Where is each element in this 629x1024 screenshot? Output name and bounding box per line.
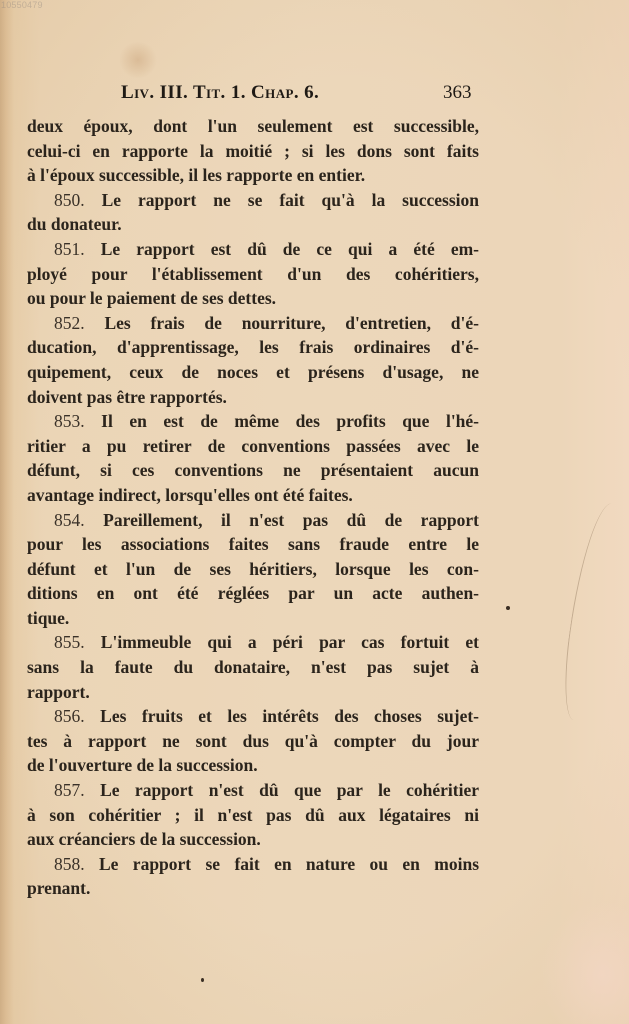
article-number: 858.	[54, 854, 85, 874]
text-line: Les frais de nourriture, d'entretien, d'…	[104, 313, 479, 333]
text-line: défunt et l'un de ses héritiers, lorsque…	[27, 557, 479, 582]
article-853-line-1: 853. Il en est de même des profits que l…	[27, 409, 479, 434]
text-line: Le rapport n'est dû que par le cohéritie…	[100, 780, 479, 800]
text-line: ditions en ont été réglées par un acte a…	[27, 581, 479, 606]
text-line: ou pour le paiement de ses dettes.	[27, 286, 479, 311]
article-857-line-1: 857. Le rapport n'est dû que par le cohé…	[27, 778, 479, 803]
text-line: défunt, si ces conventions ne présentaie…	[27, 458, 479, 483]
article-number: 855.	[54, 632, 85, 652]
text-line: Les fruits et les intérêts des choses su…	[100, 706, 479, 726]
running-head: Liv. III. Tit. 1. Chap. 6. 363	[121, 82, 481, 108]
text-line: Le rapport est dû de ce qui a été em-	[101, 239, 479, 259]
body-text: deux époux, dont l'un seulement est succ…	[27, 114, 479, 901]
text-line: doivent pas être rapportés.	[27, 385, 479, 410]
scan-id-stamp: 10550479	[1, 0, 43, 10]
text-line: du donateur.	[27, 212, 479, 237]
book-page: 10550479 Liv. III. Tit. 1. Chap. 6. 363 …	[0, 0, 629, 1024]
text-line: Pareillement, il n'est pas dû de rapport	[103, 510, 479, 530]
text-line: tes à rapport ne sont dus qu'à compter d…	[27, 729, 479, 754]
text-line: pour les associations faites sans fraude…	[27, 532, 479, 557]
ink-speck	[201, 978, 204, 982]
article-number: 852.	[54, 313, 85, 333]
text-line: à l'époux successible, il les rapporte e…	[27, 163, 479, 188]
page-number: 363	[443, 82, 472, 104]
article-number: 853.	[54, 411, 85, 431]
article-851-line-1: 851. Le rapport est dû de ce qui a été e…	[27, 237, 479, 262]
text-line: celui-ci en rapporte la moitié ; si les …	[27, 139, 479, 164]
text-line: deux époux, dont l'un seulement est succ…	[27, 114, 479, 139]
text-line: ducation, d'apprentissage, les frais ord…	[27, 335, 479, 360]
text-line: ployé pour l'établissement d'un des cohé…	[27, 262, 479, 287]
article-852-line-1: 852. Les frais de nourriture, d'entretie…	[27, 311, 479, 336]
article-number: 851.	[54, 239, 85, 259]
text-line: avantage indirect, lorsqu'elles ont été …	[27, 483, 479, 508]
article-856-line-1: 856. Les fruits et les intérêts des chos…	[27, 704, 479, 729]
text-line: L'immeuble qui a péri par cas fortuit et	[101, 632, 479, 652]
text-line: sans la faute du donataire, n'est pas su…	[27, 655, 479, 680]
text-line: rapport.	[27, 680, 479, 705]
article-number: 856.	[54, 706, 85, 726]
text-line: à son cohéritier ; il n'est pas dû aux l…	[27, 803, 479, 828]
text-line: de l'ouverture de la succession.	[27, 753, 479, 778]
article-number: 854.	[54, 510, 85, 530]
paper-stain	[118, 42, 158, 78]
text-line: aux créanciers de la succession.	[27, 827, 479, 852]
text-line: tique.	[27, 606, 479, 631]
article-number: 857.	[54, 780, 85, 800]
text-line: ritier a pu retirer de conventions passé…	[27, 434, 479, 459]
article-number: 850.	[54, 190, 85, 210]
running-head-title: Liv. III. Tit. 1. Chap. 6.	[121, 82, 319, 104]
article-855-line-1: 855. L'immeuble qui a péri par cas fortu…	[27, 630, 479, 655]
article-850-line-1: 850. Le rapport ne se fait qu'à la succe…	[27, 188, 479, 213]
text-line: Le rapport se fait en nature ou en moins	[99, 854, 479, 874]
text-line: Le rapport ne se fait qu'à la succession	[102, 190, 479, 210]
page-crease	[557, 500, 628, 724]
text-line: Il en est de même des profits que l'hé-	[101, 411, 479, 431]
text-line: quipement, ceux de noces et présens d'us…	[27, 360, 479, 385]
article-858-line-1: 858. Le rapport se fait en nature ou en …	[27, 852, 479, 877]
text-line: prenant.	[27, 876, 479, 901]
paper-stain	[540, 900, 629, 1024]
article-854-line-1: 854. Pareillement, il n'est pas dû de ra…	[27, 508, 479, 533]
ink-speck	[506, 606, 510, 610]
